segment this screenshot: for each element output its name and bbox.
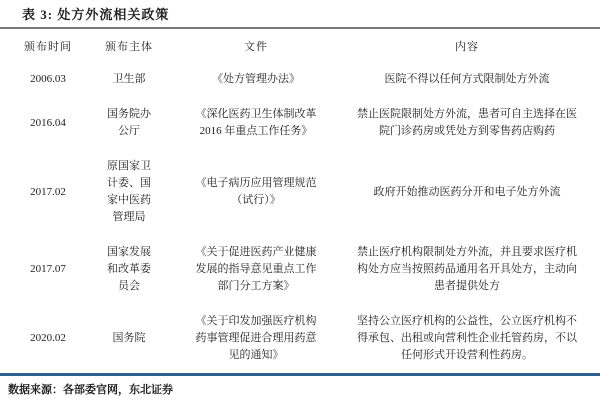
cell-document: 《处方管理办法》 — [170, 62, 342, 97]
cell-issuer: 国务院办公厅 — [88, 97, 170, 149]
cell-document: 《电子病历应用管理规范（试行）》 — [170, 149, 342, 235]
col-header-content: 内容 — [342, 29, 592, 62]
cell-issuer: 卫生部 — [88, 62, 170, 97]
table-row: 2006.03 卫生部 《处方管理办法》 医院不得以任何方式限制处方外流 — [8, 62, 592, 97]
cell-issuer: 国家发展和改革委员会 — [88, 235, 170, 304]
data-source: 数据来源：各部委官网，东北证券 — [8, 382, 600, 399]
cell-date: 2017.02 — [8, 149, 88, 235]
cell-content: 坚持公立医疗机构的公益性，公立医疗机构不得承包、出租或向营利性企业托管药房，不以… — [342, 304, 592, 373]
cell-document: 《关于促进医药产业健康发展的指导意见重点工作部门分工方案》 — [170, 235, 342, 304]
cell-content: 政府开始推动医药分开和电子处方外流 — [342, 149, 592, 235]
cell-date: 2017.07 — [8, 235, 88, 304]
cell-content: 医院不得以任何方式限制处方外流 — [342, 62, 592, 97]
cell-document: 《关于印发加强医疗机构药事管理促进合理用药意见的通知》 — [170, 304, 342, 373]
cell-date: 2020.02 — [8, 304, 88, 373]
cell-date: 2016.04 — [8, 97, 88, 149]
table-row: 2017.02 原国家卫计委、国家中医药管理局 《电子病历应用管理规范（试行）》… — [8, 149, 592, 235]
col-header-issuer: 颁布主体 — [88, 29, 170, 62]
col-header-document: 文件 — [170, 29, 342, 62]
report-table-page: 表 3: 处方外流相关政策 颁布时间 颁布主体 文件 内容 2006.03 卫生… — [0, 0, 600, 400]
header-row: 颁布时间 颁布主体 文件 内容 — [8, 29, 592, 62]
cell-date: 2006.03 — [8, 62, 88, 97]
table-row: 2020.02 国务院 《关于印发加强医疗机构药事管理促进合理用药意见的通知》 … — [8, 304, 592, 373]
cell-issuer: 国务院 — [88, 304, 170, 373]
cell-content: 禁止医疗机构限制处方外流，并且要求医疗机构处方应当按照药品通用名开具处方，主动向… — [342, 235, 592, 304]
table-row: 2017.07 国家发展和改革委员会 《关于促进医药产业健康发展的指导意见重点工… — [8, 235, 592, 304]
cell-issuer: 原国家卫计委、国家中医药管理局 — [88, 149, 170, 235]
cell-content: 禁止医院限制处方外流，患者可自主选择在医院门诊药房或凭处方到零售药店购药 — [342, 97, 592, 149]
table-title: 表 3: 处方外流相关政策 — [0, 0, 600, 23]
col-header-date: 颁布时间 — [8, 29, 88, 62]
bottom-divider — [0, 373, 600, 376]
policy-table: 颁布时间 颁布主体 文件 内容 2006.03 卫生部 《处方管理办法》 医院不… — [8, 29, 592, 373]
cell-document: 《深化医药卫生体制改革2016 年重点工作任务》 — [170, 97, 342, 149]
table-row: 2016.04 国务院办公厅 《深化医药卫生体制改革2016 年重点工作任务》 … — [8, 97, 592, 149]
